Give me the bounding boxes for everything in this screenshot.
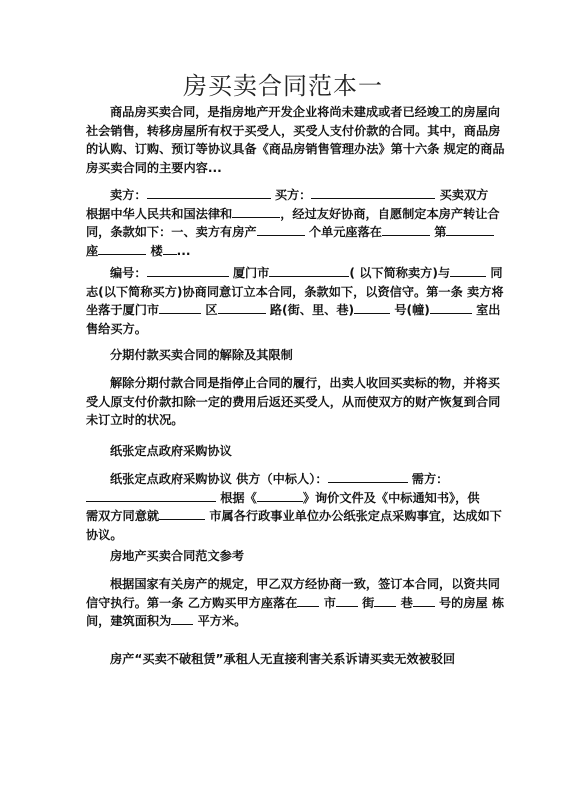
floor-blank[interactable]: [163, 242, 177, 255]
text-line: 售给买方。: [86, 320, 482, 339]
city-blank[interactable]: [297, 594, 319, 607]
text: 买卖双方: [440, 188, 489, 202]
lane-blank[interactable]: [374, 594, 396, 607]
buyer-label: 买方：: [275, 188, 312, 202]
text: 平方米。: [198, 614, 247, 628]
section-heading: 房产“买卖不破租赁”承租人无直接利害关系诉请买卖无效被驳回: [110, 650, 455, 667]
city-blank[interactable]: [159, 507, 205, 520]
seller-label: 卖方：: [110, 188, 147, 202]
street-blank[interactable]: [336, 594, 358, 607]
text-line: 未订立时的状况。: [86, 411, 482, 430]
text: 市: [324, 596, 336, 610]
text: 楼: [150, 244, 162, 258]
text: 号(幢): [394, 303, 430, 317]
inquiry-doc-blank[interactable]: [257, 489, 303, 502]
buyer-name-blank[interactable]: [450, 264, 486, 277]
parties-paragraph: 卖方： 买方： 买卖双方 根据中华人民共和国法律和，经过友好协商，自愿制定本房产…: [86, 186, 482, 260]
text: 同，条款如下：一、卖方有房产: [86, 225, 257, 239]
installment-paragraph: 解除分期付款合同是指停止合同的履行，出卖人收回买卖标的物，并将买 受人原支付价款…: [86, 374, 482, 430]
text-line: 房买卖合同的主要内容...: [86, 159, 482, 178]
district-blank[interactable]: [159, 301, 201, 314]
text: 信守执行。第一条 乙方购买甲方座落在: [86, 596, 297, 610]
road-blank[interactable]: [218, 301, 266, 314]
purchaser-blank[interactable]: [86, 489, 216, 502]
room-blank[interactable]: [430, 301, 472, 314]
text: 个单元座落在: [309, 225, 382, 239]
text: 巷: [401, 596, 413, 610]
text: 纸张定点政府采购协议 供方（中标人）：: [110, 472, 328, 486]
text: ，经过友好协商，自愿制定本房产转让合: [280, 207, 499, 221]
text-line: 志(以下简称买方)协商同意订立本合同，条款如下，以资信守。第一条 卖方将: [86, 283, 482, 302]
intro-paragraph: 商品房买卖合同，是指房地产开发企业将尚未建成或者已经竣工的房屋向 社会销售，转移…: [86, 103, 482, 177]
text: 室出: [476, 303, 500, 317]
text-line: 根据国家有关房产的规定，甲乙双方经协商一致，签订本合同，以资共同: [86, 575, 482, 594]
text: 座: [86, 244, 98, 258]
block-blank[interactable]: [98, 242, 146, 255]
text: ...: [177, 244, 191, 258]
paper-procurement-paragraph: 纸张定点政府采购协议 供方（中标人）： 需方： 根据《》询价文件及《中标通知书》…: [86, 470, 482, 544]
text: 需方：: [412, 472, 449, 486]
property-blank[interactable]: [257, 223, 305, 236]
text: 街: [362, 596, 374, 610]
text-line: 的认购、订购、预订等协议具备《商品房销售管理办法》第十六条 规定的商品: [86, 140, 482, 159]
section-heading: 房地产买卖合同范文参考: [110, 547, 244, 564]
text: 号的房屋 栋: [439, 596, 504, 610]
text: 路(街、里、巷): [270, 303, 354, 317]
document-page: 房买卖合同范本一 商品房买卖合同，是指房地产开发企业将尚未建成或者已经竣工的房屋…: [0, 0, 566, 800]
area-blank[interactable]: [171, 612, 193, 625]
document-title: 房买卖合同范本一: [0, 66, 566, 101]
section-heading: 分期付款买卖合同的解除及其限制: [110, 346, 293, 363]
text: 》询价文件及《中标通知书》，供: [303, 491, 480, 505]
seller-name-blank[interactable]: [269, 264, 349, 277]
text-line: 商品房买卖合同，是指房地产开发企业将尚未建成或者已经竣工的房屋向: [86, 103, 482, 122]
contract-number-blank[interactable]: [147, 264, 229, 277]
text: 编号：: [110, 266, 147, 280]
text: 坐落于厦门市: [86, 303, 159, 317]
xiamen-paragraph: 编号： 厦门市( 以下简称卖方)与 同 志(以下简称买方)协商同意订立本合同，条…: [86, 264, 482, 338]
location-blank[interactable]: [382, 223, 430, 236]
text: 第: [434, 225, 446, 239]
text: 间，建筑面积为: [86, 614, 171, 628]
section-heading: 纸张定点政府采购协议: [110, 442, 232, 459]
text: 根据中华人民共和国法律和: [86, 207, 232, 221]
text: 区: [205, 303, 217, 317]
number-blank[interactable]: [413, 594, 435, 607]
number-blank[interactable]: [446, 223, 494, 236]
law-blank[interactable]: [232, 205, 280, 218]
text: ( 以下简称卖方)与: [349, 266, 450, 280]
house-number-blank[interactable]: [354, 301, 390, 314]
seller-blank[interactable]: [147, 186, 271, 199]
text: 厦门市: [233, 266, 270, 280]
text: 需双方同意就: [86, 509, 159, 523]
text: 同: [490, 266, 502, 280]
text-line: 协议。: [86, 526, 482, 545]
text: 市属各行政事业单位办公纸张定点采购事宜，达成如下: [209, 509, 502, 523]
buyer-blank[interactable]: [311, 186, 435, 199]
text-line: 受人原支付价款扣除一定的费用后返还买受人，从而使双方的财产恢复到合同: [86, 393, 482, 412]
text-line: 解除分期付款合同是指停止合同的履行，出卖人收回买卖标的物，并将买: [86, 374, 482, 393]
text-line: 社会销售，转移房屋所有权于买受人，买受人支付价款的合同。其中，商品房: [86, 122, 482, 141]
realestate-paragraph: 根据国家有关房产的规定，甲乙双方经协商一致，签订本合同，以资共同 信守执行。第一…: [86, 575, 482, 631]
text: 根据《: [220, 491, 257, 505]
supplier-blank[interactable]: [328, 470, 408, 483]
